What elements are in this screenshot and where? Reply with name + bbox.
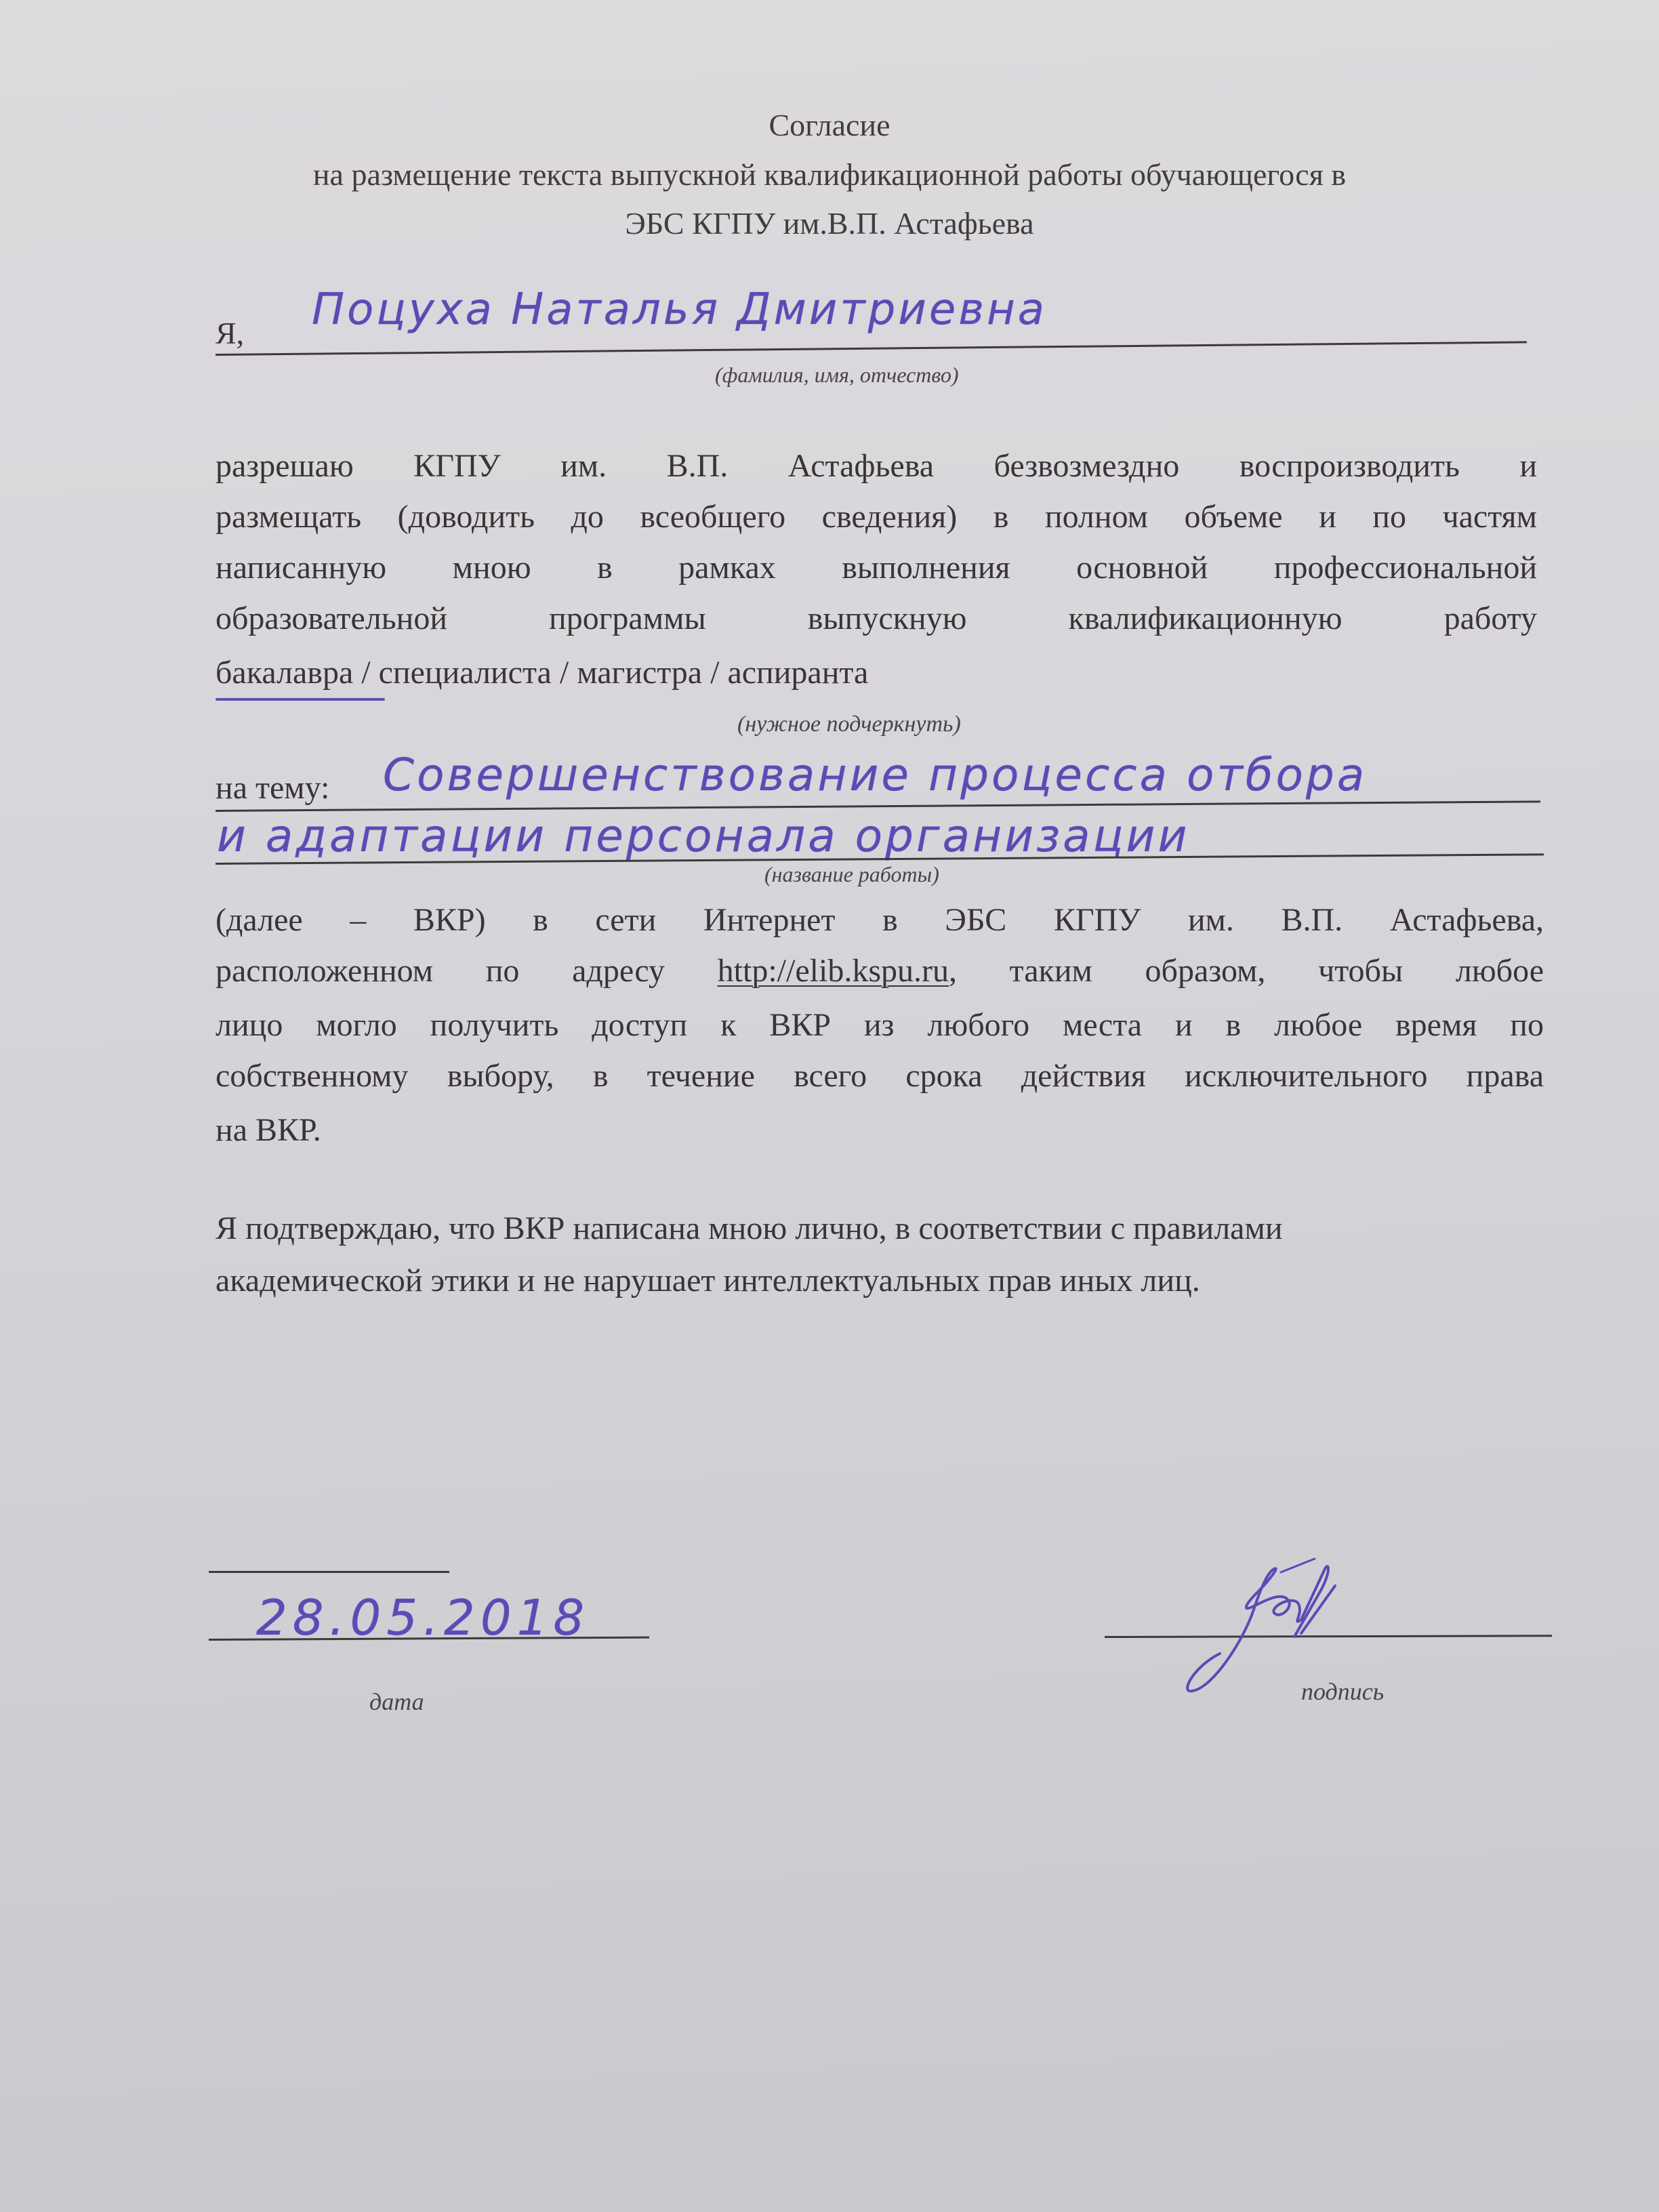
degree-option-specialist[interactable]: специалиста xyxy=(379,655,552,691)
document-title: Согласие xyxy=(0,105,1659,146)
theme-label: на тему: xyxy=(216,769,329,806)
degree-option-bachelor[interactable]: бакалавра xyxy=(216,655,353,691)
document-subtitle-line-2: ЭБС КГПУ им.В.П. Астафьева xyxy=(0,203,1659,244)
theme-handwritten-line-1[interactable]: Совершенствование процесса отбора xyxy=(383,749,1367,801)
permission-line-4: образовательной программы выпускную квал… xyxy=(216,600,1537,637)
degree-option-master[interactable]: магистра xyxy=(577,655,702,691)
publication-line-5: на ВКР. xyxy=(216,1111,321,1149)
name-underline xyxy=(216,341,1527,356)
publication-line-2: расположенном по адресу http://elib.kspu… xyxy=(216,952,1544,989)
publication-line-3: лицо могло получить доступ к ВКР из любо… xyxy=(216,1006,1544,1044)
publication-line-4: собственному выбору, в течение всего сро… xyxy=(216,1057,1544,1094)
theme-handwritten-line-2[interactable]: и адаптации персонала организации xyxy=(217,810,1189,862)
signature-caption: подпись xyxy=(1301,1677,1384,1706)
theme-caption: (название работы) xyxy=(764,862,939,887)
confirmation-line-2: академической этики и не нарушает интелл… xyxy=(216,1262,1200,1299)
document-subtitle-line-1: на размещение текста выпускной квалифика… xyxy=(0,155,1659,195)
permission-line-1: разрешаю КГПУ им. В.П. Астафьева безвозм… xyxy=(216,447,1537,485)
name-caption: (фамилия, имя, отчество) xyxy=(715,363,959,388)
name-handwritten-value[interactable]: Поцуха Наталья Дмитриевна xyxy=(312,285,1047,335)
date-caption: дата xyxy=(369,1687,424,1716)
name-prefix: Я, xyxy=(216,315,244,351)
elib-link[interactable]: http://elib.kspu.ru xyxy=(718,953,949,989)
publication-line-1: (далее – ВКР) в сети Интернет в ЭБС КГПУ… xyxy=(216,901,1544,939)
selected-degree-ink-underline xyxy=(216,698,385,701)
confirmation-line-1: Я подтверждаю, что ВКР написана мною лич… xyxy=(216,1210,1283,1247)
permission-line-2: размещать (доводить до всеобщего сведени… xyxy=(216,498,1537,535)
date-top-rule xyxy=(209,1571,449,1573)
degree-options: бакалавра / специалиста / магистра / асп… xyxy=(216,654,868,691)
degree-caption: (нужное подчеркнуть) xyxy=(737,712,961,737)
permission-line-3: написанную мною в рамках выполнения осно… xyxy=(216,549,1537,586)
degree-option-postgraduate[interactable]: аспиранта xyxy=(727,655,868,691)
